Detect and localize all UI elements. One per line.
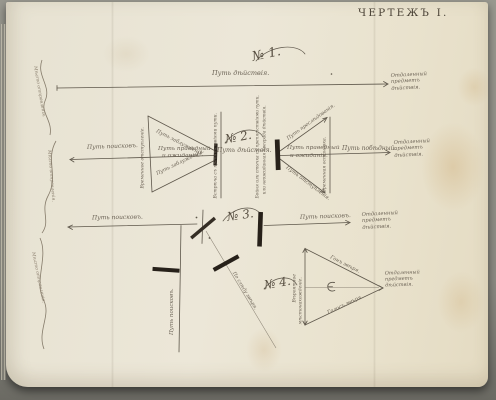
figure-1-path-label: Путь дѣйствія. xyxy=(212,70,269,77)
scanned-plate: Чертежъ I. № 1. Путь дѣйствія. Отдаленны… xyxy=(0,0,496,400)
figure-4-target-label: Отдаленный предметъ дѣйствія. xyxy=(385,269,421,289)
figure-2-center-label-1: Путь праведный xyxy=(158,146,211,152)
figure-2-obstacle-label-2: или неожиданная преграда дѣйствія. xyxy=(264,105,269,194)
figure-2-right-center-label-2: и ожиданія. xyxy=(290,153,328,159)
figure-1-target-label: Отдаленный предметъ дѣйствія. xyxy=(391,71,428,92)
diagram-lines xyxy=(0,0,496,400)
figure-2-side-label: Временное отступленіе. xyxy=(141,127,146,188)
figure-2-target-label: Отдаленный предметъ дѣйствія. xyxy=(394,138,431,159)
plate-title: Чертежъ I. xyxy=(358,7,448,19)
figure-2-right-center-label-1: Путь праведный xyxy=(287,145,340,151)
figure-2-obstacle-label-1: Бойня или стычка съ препятствіями пути, xyxy=(257,95,262,198)
figure-3-target-label: Отдаленный предметъ дѣйствія. xyxy=(362,210,399,231)
figure-2-victory-label: Путь побѣдный. xyxy=(342,146,396,153)
figure-3-search-left-label: Путь поисковъ. xyxy=(92,215,143,222)
figure-3-search-down-label: Путь поисковъ. xyxy=(169,288,175,335)
target-line: дѣйствія. xyxy=(385,282,420,289)
figure-2-center-label-2: и ожиданія. xyxy=(162,153,200,159)
figure-4-side-label-2: мѣстонахожденіе. xyxy=(300,277,305,324)
figure-2-obstacle-thin-label: Встрѣча съ препятствіями пути. xyxy=(215,113,220,198)
